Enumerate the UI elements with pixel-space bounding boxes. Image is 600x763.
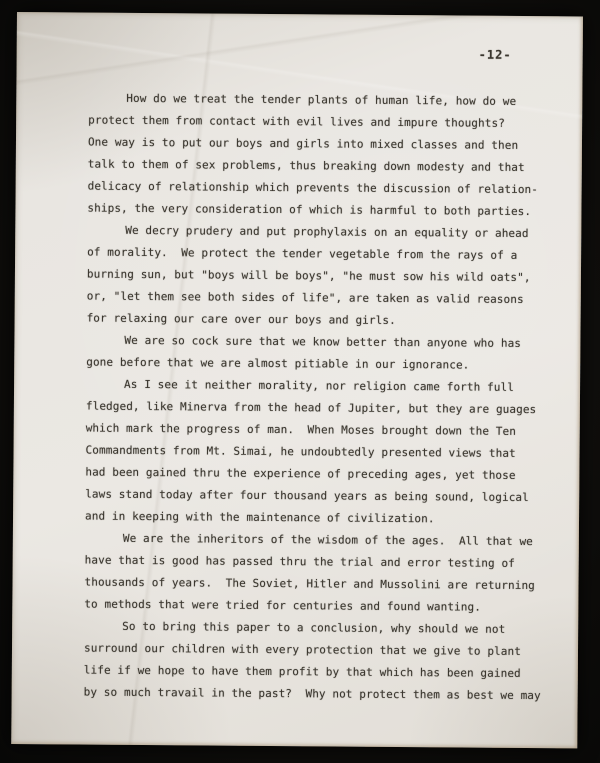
document-page: -12- How do we treat the tender plants o… (11, 12, 583, 748)
text-line: by so much travail in the past? Why not … (84, 682, 554, 708)
photo-background: -12- How do we treat the tender plants o… (0, 0, 600, 763)
document-body: How do we treat the tender plants of hum… (84, 88, 559, 708)
page-number: -12- (479, 48, 512, 62)
